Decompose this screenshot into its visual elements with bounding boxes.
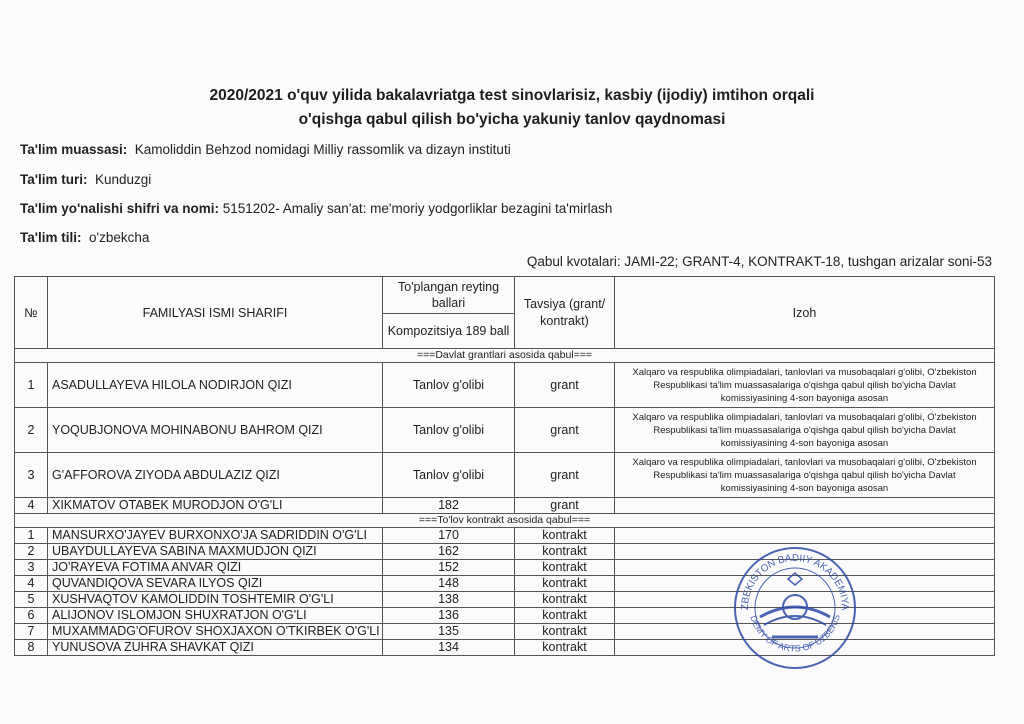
field-language: Ta'lim tili: o'zbekcha <box>20 230 149 245</box>
row-score: Tanlov g'olibi <box>383 453 515 498</box>
field-institution: Ta'lim muassasi: Kamoliddin Behzod nomid… <box>20 142 511 157</box>
row-izoh <box>615 498 995 514</box>
row-score: Tanlov g'olibi <box>383 408 515 453</box>
row-score: Tanlov g'olibi <box>383 363 515 408</box>
row-num: 2 <box>15 544 48 560</box>
header-name: FAMILYASI ISMI SHARIFI <box>48 277 383 349</box>
header-izoh: Izoh <box>615 277 995 349</box>
table-row: 6ALIJONOV ISLOMJON SHUXRATJON O'G'LI136k… <box>15 608 995 624</box>
row-name: YUNUSOVA ZUHRA SHAVKAT QIZI <box>48 640 383 656</box>
table-row: 7MUXAMMADG'OFUROV SHOXJAXON O'TKIRBEK O'… <box>15 624 995 640</box>
row-name: MANSURXO'JAYEV BURXONXO'JA SADRIDDIN O'G… <box>48 528 383 544</box>
field-study-type: Ta'lim turi: Kunduzgi <box>20 172 151 187</box>
grant-section-row: ===Davlat grantlari asosida qabul=== <box>15 349 995 363</box>
header-tavsiya: Tavsiya (grant/ kontrakt) <box>515 277 615 349</box>
row-tavsiya: kontrakt <box>515 544 615 560</box>
row-score: 138 <box>383 592 515 608</box>
row-tavsiya: kontrakt <box>515 592 615 608</box>
row-num: 8 <box>15 640 48 656</box>
document-title: 2020/2021 o'quv yilida bakalavriatga tes… <box>0 84 1024 132</box>
row-izoh <box>615 528 995 544</box>
row-score: 134 <box>383 640 515 656</box>
row-score: 152 <box>383 560 515 576</box>
row-num: 5 <box>15 592 48 608</box>
row-score: 135 <box>383 624 515 640</box>
row-name: QUVANDIQOVA SEVARA ILYOS QIZI <box>48 576 383 592</box>
row-num: 1 <box>15 363 48 408</box>
row-name: XUSHVAQTOV KAMOLIDDIN TOSHTEMIR O'G'LI <box>48 592 383 608</box>
header-num: № <box>15 277 48 349</box>
row-tavsiya: kontrakt <box>515 640 615 656</box>
row-izoh: Xalqaro va respublika olimpiadalari, tan… <box>615 408 995 453</box>
row-tavsiya: kontrakt <box>515 560 615 576</box>
row-num: 6 <box>15 608 48 624</box>
table-row: 2YOQUBJONOVA MOHINABONU BAHROM QIZITanlo… <box>15 408 995 453</box>
row-izoh <box>615 544 995 560</box>
contract-section-row-label: ===To'lov kontrakt asosida qabul=== <box>15 514 995 528</box>
header-score-sub: Kompozitsiya 189 ball <box>383 314 515 349</box>
row-tavsiya: kontrakt <box>515 528 615 544</box>
grant-section-row-label: ===Davlat grantlari asosida qabul=== <box>15 349 995 363</box>
row-tavsiya: kontrakt <box>515 576 615 592</box>
results-table: № FAMILYASI ISMI SHARIFI To'plangan reyt… <box>14 276 995 656</box>
row-tavsiya: kontrakt <box>515 624 615 640</box>
row-izoh <box>615 576 995 592</box>
row-score: 148 <box>383 576 515 592</box>
row-score: 162 <box>383 544 515 560</box>
row-score: 182 <box>383 498 515 514</box>
contract-section-row: ===To'lov kontrakt asosida qabul=== <box>15 514 995 528</box>
title-line-2: o'qishga qabul qilish bo'yicha yakuniy t… <box>0 108 1024 132</box>
row-num: 4 <box>15 576 48 592</box>
row-name: MUXAMMADG'OFUROV SHOXJAXON O'TKIRBEK O'G… <box>48 624 383 640</box>
row-num: 3 <box>15 560 48 576</box>
table-row: 4QUVANDIQOVA SEVARA ILYOS QIZI148kontrak… <box>15 576 995 592</box>
row-izoh <box>615 592 995 608</box>
row-tavsiya: grant <box>515 453 615 498</box>
field-direction: Ta'lim yo'nalishi shifri va nomi: 515120… <box>20 201 612 216</box>
row-izoh <box>615 608 995 624</box>
header-score-group: To'plangan reyting ballari <box>383 277 515 314</box>
row-izoh <box>615 624 995 640</box>
table-row: 2UBAYDULLAYEVA SABINA MAXMUDJON QIZI162k… <box>15 544 995 560</box>
row-tavsiya: grant <box>515 498 615 514</box>
row-name: JO'RAYEVA FOTIMA ANVAR QIZI <box>48 560 383 576</box>
quota-line: Qabul kvotalari: JAMI-22; GRANT-4, KONTR… <box>527 254 992 269</box>
table-row: 8YUNUSOVA ZUHRA SHAVKAT QIZI134kontrakt <box>15 640 995 656</box>
row-name: YOQUBJONOVA MOHINABONU BAHROM QIZI <box>48 408 383 453</box>
row-name: ASADULLAYEVA HILOLA NODIRJON QIZI <box>48 363 383 408</box>
row-num: 1 <box>15 528 48 544</box>
row-num: 7 <box>15 624 48 640</box>
table-row: 5XUSHVAQTOV KAMOLIDDIN TOSHTEMIR O'G'LI1… <box>15 592 995 608</box>
row-izoh <box>615 640 995 656</box>
row-name: G'AFFOROVA ZIYODA ABDULAZIZ QIZI <box>48 453 383 498</box>
table-row: 3G'AFFOROVA ZIYODA ABDULAZIZ QIZITanlov … <box>15 453 995 498</box>
table-row: 1ASADULLAYEVA HILOLA NODIRJON QIZITanlov… <box>15 363 995 408</box>
table-row: 3JO'RAYEVA FOTIMA ANVAR QIZI152kontrakt <box>15 560 995 576</box>
row-score: 136 <box>383 608 515 624</box>
row-izoh: Xalqaro va respublika olimpiadalari, tan… <box>615 363 995 408</box>
table-row: 1MANSURXO'JAYEV BURXONXO'JA SADRIDDIN O'… <box>15 528 995 544</box>
row-tavsiya: grant <box>515 408 615 453</box>
row-name: UBAYDULLAYEVA SABINA MAXMUDJON QIZI <box>48 544 383 560</box>
row-name: XIKMATOV OTABEK MURODJON O'G'LI <box>48 498 383 514</box>
table-row: 4XIKMATOV OTABEK MURODJON O'G'LI182grant <box>15 498 995 514</box>
row-num: 2 <box>15 408 48 453</box>
row-izoh: Xalqaro va respublika olimpiadalari, tan… <box>615 453 995 498</box>
row-name: ALIJONOV ISLOMJON SHUXRATJON O'G'LI <box>48 608 383 624</box>
row-tavsiya: kontrakt <box>515 608 615 624</box>
row-num: 4 <box>15 498 48 514</box>
title-line-1: 2020/2021 o'quv yilida bakalavriatga tes… <box>0 84 1024 108</box>
row-num: 3 <box>15 453 48 498</box>
row-score: 170 <box>383 528 515 544</box>
row-izoh <box>615 560 995 576</box>
row-tavsiya: grant <box>515 363 615 408</box>
